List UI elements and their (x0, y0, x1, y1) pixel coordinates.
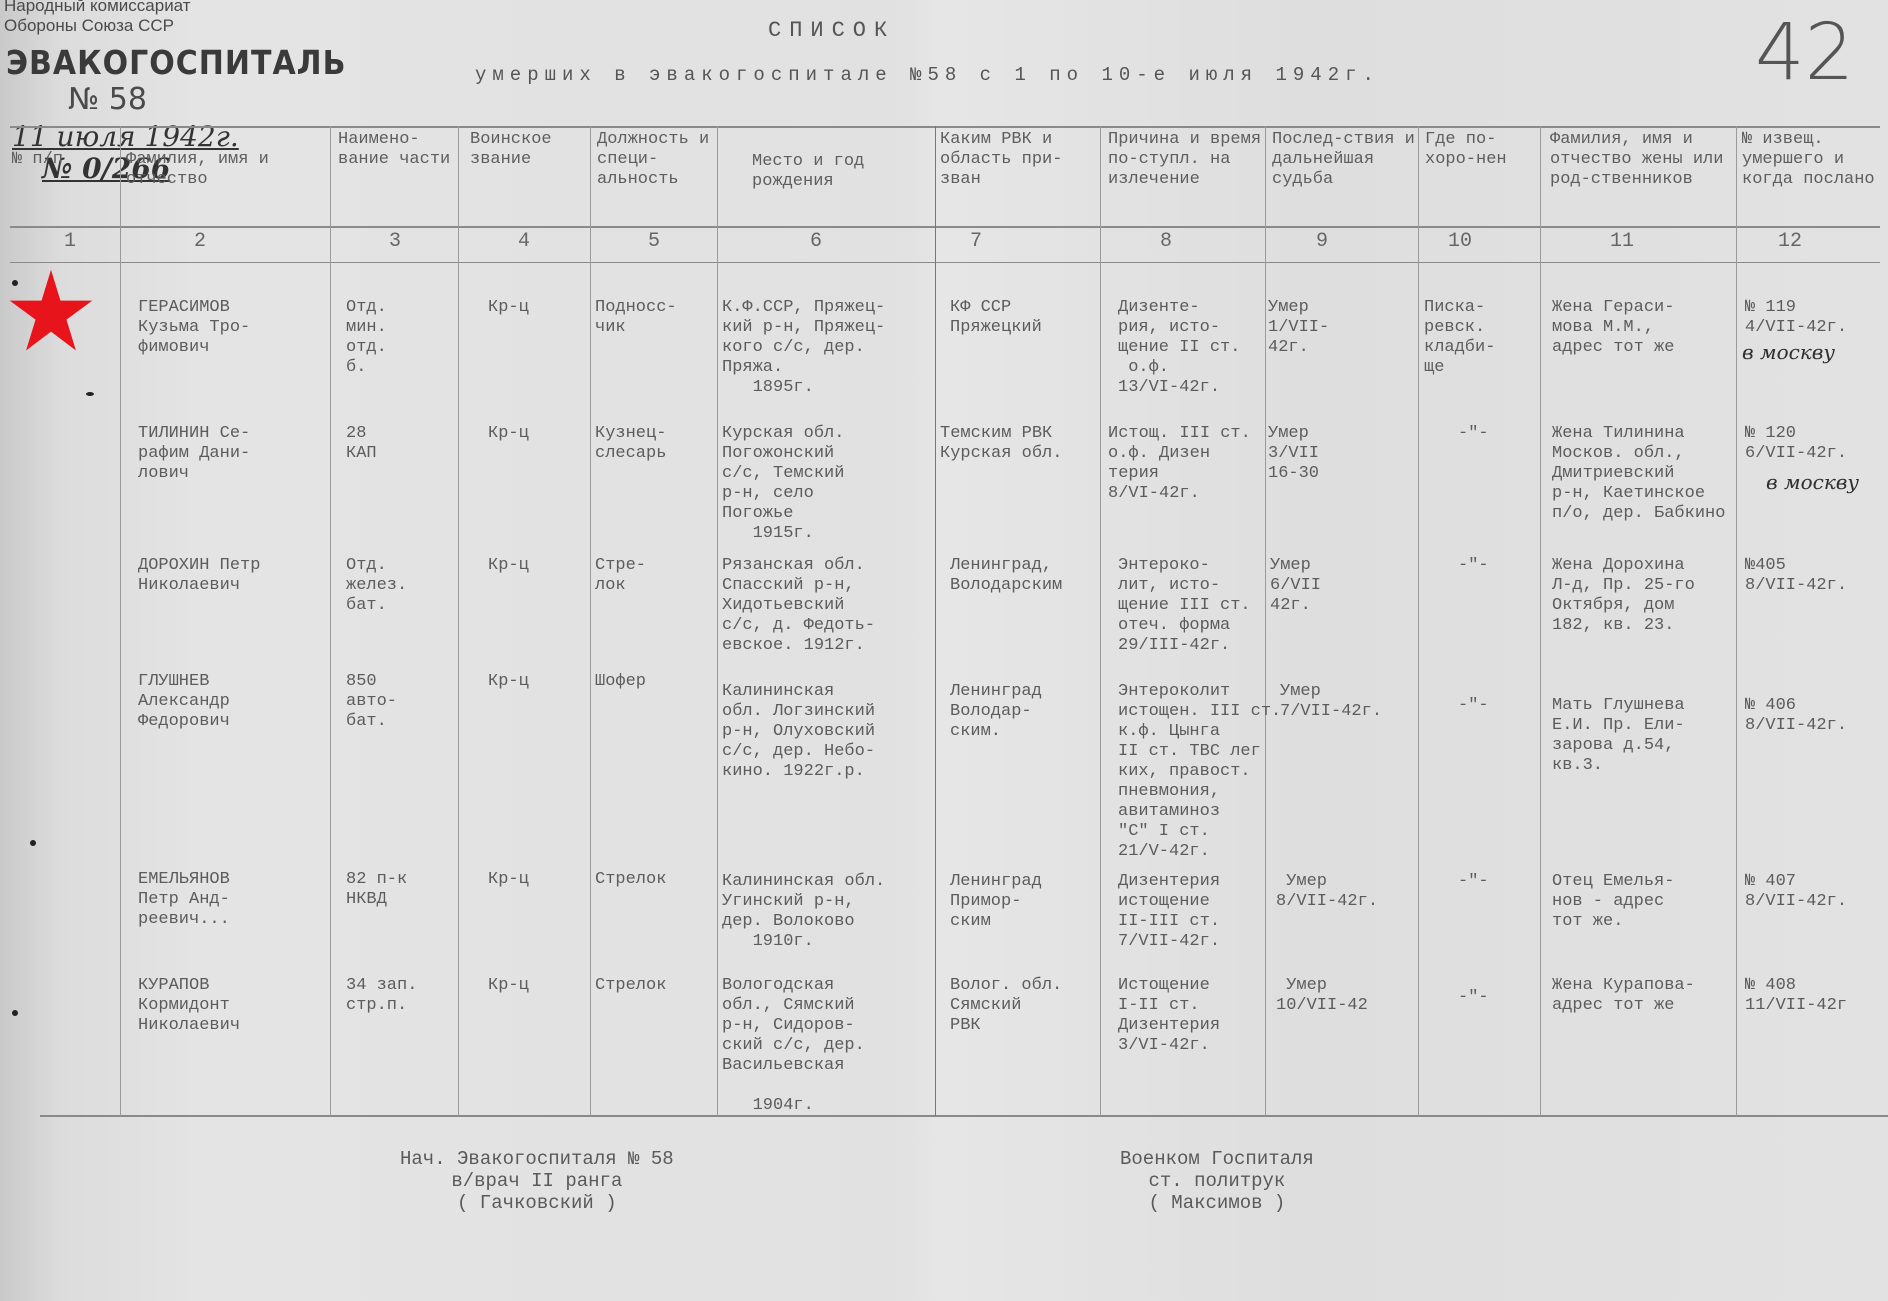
folio-number: 42 (1755, 8, 1854, 98)
colnum-2: 2 (170, 232, 230, 252)
cell-birth: Калининская обл. Угинский р-н, дер. Воло… (722, 872, 885, 952)
binding-mark (86, 392, 94, 396)
colnum-4: 4 (494, 232, 554, 252)
cell-relatives: Жена Тилинина Москов. обл., Дмитриевский… (1552, 424, 1725, 524)
cell-rank: Кр-ц (488, 556, 529, 576)
header-col-1: № п/п (12, 150, 63, 170)
cell-notice: № 406 8/VII-42г. (1745, 696, 1847, 736)
binding-mark (12, 1010, 18, 1016)
colnum-12: 12 (1760, 232, 1820, 252)
colnum-8: 8 (1136, 232, 1196, 252)
header-col-6: Место и год рождения (752, 152, 922, 192)
cell-birth: Калининская обл. Логзинский р-н, Олуховс… (722, 682, 875, 782)
cell-name: ГЛУШНЕВ Александр Федорович (138, 672, 230, 732)
document-title: СПИСОК (768, 18, 895, 43)
cell-relatives: Жена Курапова- адрес тот же (1552, 976, 1695, 1016)
header-col-10: Где по-хоро-нен (1425, 130, 1537, 170)
cell-cause: Энтероко- лит, исто- щение III ст. отеч.… (1118, 556, 1251, 656)
cell-relatives: Мать Глушнева Е.И. Пр. Ели- зарова д.54,… (1552, 696, 1685, 776)
cell-position: Стрелок (595, 976, 666, 996)
cell-name: ДОРОХИН Петр Николаевич (138, 556, 260, 596)
cell-buried: Писка- ревск. кладби- ще (1424, 298, 1495, 378)
cell-rvk: КФ ССР Пряжецкий (950, 298, 1042, 338)
cell-relatives: Жена Дорохина Л-д, Пр. 25-го Октября, до… (1552, 556, 1695, 636)
colnum-3: 3 (365, 232, 425, 252)
cell-notice: №405 8/VII-42г. (1745, 556, 1847, 596)
binding-mark (12, 280, 18, 286)
cell-rvk: Ленинград Володар- ским. (950, 682, 1042, 742)
binding-mark (30, 840, 36, 846)
cell-cause: Дизенте- рия, исто- щение II ст. о.ф. 13… (1118, 298, 1240, 398)
stamp-number: № 58 (68, 82, 147, 117)
cell-cause: Энтероколит истощен. III ст. к.ф. Цынга … (1118, 682, 1281, 862)
stamp-org: ЭВАКОГОСПИТАЛЬ (6, 44, 346, 83)
cell-unit: 850 авто- бат. (346, 672, 397, 732)
stamp-line-1: Народный комиссариат (4, 0, 191, 16)
cell-birth: К.Ф.ССР, Пряжец- кий р-н, Пряжец- кого с… (722, 298, 885, 398)
cell-position: Шофер (595, 672, 646, 692)
header-col-3: Наимено-вание части (338, 130, 453, 170)
cell-cause: Дизентерия истощение II-III ст. 7/VII-42… (1118, 872, 1220, 952)
cell-notice: № 407 8/VII-42г. (1745, 872, 1847, 912)
cell-unit: Отд. желез. бат. (346, 556, 407, 616)
star-icon (8, 268, 94, 354)
signature-right: Военком Госпиталя ст. политрук ( Максимо… (1120, 1148, 1314, 1214)
cell-cause: Истощ. III ст. о.ф. Дизен терия 8/VI-42г… (1108, 424, 1251, 504)
header-col-9: Послед-ствия и дальнейшая судьба (1272, 130, 1416, 190)
cell-buried: -"- (1458, 872, 1489, 892)
cell-rank: Кр-ц (488, 870, 529, 890)
cell-outcome: Умер 10/VII-42 (1276, 976, 1368, 1016)
cell-rvk: Ленинград Примор- ским (950, 872, 1042, 932)
cell-buried: -"- (1458, 556, 1489, 576)
cell-outcome: Умер 3/VII 16-30 (1268, 424, 1319, 484)
cell-notice: № 408 11/VII-42г (1745, 976, 1847, 1016)
signature-left: Нач. Эвакогоспиталя № 58 в/врач II ранга… (400, 1148, 674, 1214)
colnum-10: 10 (1430, 232, 1490, 252)
cell-outcome: Умер 7/VII-42г. (1280, 682, 1382, 722)
cell-rank: Кр-ц (488, 424, 529, 444)
cell-rank: Кр-ц (488, 672, 529, 692)
colnum-6: 6 (786, 232, 846, 252)
colnum-7: 7 (946, 232, 1006, 252)
cell-unit: 82 п-к НКВД (346, 870, 407, 910)
cell-notice: № 120 6/VII-42г. (1745, 424, 1847, 464)
cell-buried: -"- (1458, 988, 1489, 1008)
header-col-4: Воинское звание (470, 130, 580, 170)
colnum-11: 11 (1592, 232, 1652, 252)
colnum-1: 1 (40, 232, 100, 252)
cell-position: Кузнец- слесарь (595, 424, 666, 464)
cell-rvk: Ленинград, Володарским (950, 556, 1062, 596)
cell-name: ГЕРАСИМОВ Кузьма Тро- фимович (138, 298, 250, 358)
cell-rvk: Темским РВК Курская обл. (940, 424, 1062, 464)
cell-outcome: Умер 6/VII 42г. (1270, 556, 1321, 616)
stamp-line-2: Обороны Союза ССР (4, 16, 174, 36)
handwritten-note: в москву (1766, 470, 1859, 494)
cell-buried: -"- (1458, 424, 1489, 444)
document-subtitle: умерших в эвакогоспитале №58 с 1 по 10-е… (475, 64, 1380, 86)
cell-birth: Вологодская обл., Сямский р-н, Сидоров- … (722, 976, 865, 1116)
cell-rank: Кр-ц (488, 976, 529, 996)
cell-name: КУРАПОВ Кормидонт Николаевич (138, 976, 240, 1036)
cell-rank: Кр-ц (488, 298, 529, 318)
header-col-11: Фамилия, имя и отчество жены или род-ств… (1550, 130, 1734, 190)
header-col-2: Фамилия, имя и отчество (126, 150, 326, 190)
header-col-8: Причина и время по-ступл. на излечение (1108, 130, 1263, 190)
cell-notice: № 119 4/VII-42г. (1745, 298, 1847, 338)
cell-position: Подносс- чик (595, 298, 677, 338)
cell-unit: 28 КАП (346, 424, 377, 464)
cell-birth: Рязанская обл. Спасский р-н, Хидотьевски… (722, 556, 875, 656)
cell-position: Стрелок (595, 870, 666, 890)
cell-birth: Курская обл. Погожонский с/с, Темский р-… (722, 424, 844, 544)
colnum-9: 9 (1292, 232, 1352, 252)
header-col-7: Каким РВК и область при-зван (940, 130, 1098, 190)
cell-position: Стре- лок (595, 556, 646, 596)
cell-outcome: Умер 1/VII- 42г. (1268, 298, 1329, 358)
cell-relatives: Отец Емелья- нов - адрес тот же. (1552, 872, 1674, 932)
header-col-5: Должность и специ-альность (597, 130, 715, 190)
cell-name: ЕМЕЛЬЯНОВ Петр Анд- реевич... (138, 870, 230, 930)
cell-unit: Отд. мин. отд. б. (346, 298, 387, 378)
cell-unit: 34 зап. стр.п. (346, 976, 417, 1016)
handwritten-note: в москву (1742, 340, 1835, 364)
cell-buried: -"- (1458, 696, 1489, 716)
cell-name: ТИЛИНИН Се- рафим Дани- лович (138, 424, 250, 484)
cell-cause: Истощение I-II ст. Дизентерия 3/VI-42г. (1118, 976, 1220, 1056)
cell-rvk: Волог. обл. Сямский РВК (950, 976, 1062, 1036)
handwritten-date: 11 июля 1942г. (12, 120, 239, 153)
cell-relatives: Жена Гераси- мова М.М., адрес тот же (1552, 298, 1674, 358)
header-col-12: № извещ. умершего и когда послано (1742, 130, 1882, 190)
colnum-5: 5 (624, 232, 684, 252)
cell-outcome: Умер 8/VII-42г. (1276, 872, 1378, 912)
